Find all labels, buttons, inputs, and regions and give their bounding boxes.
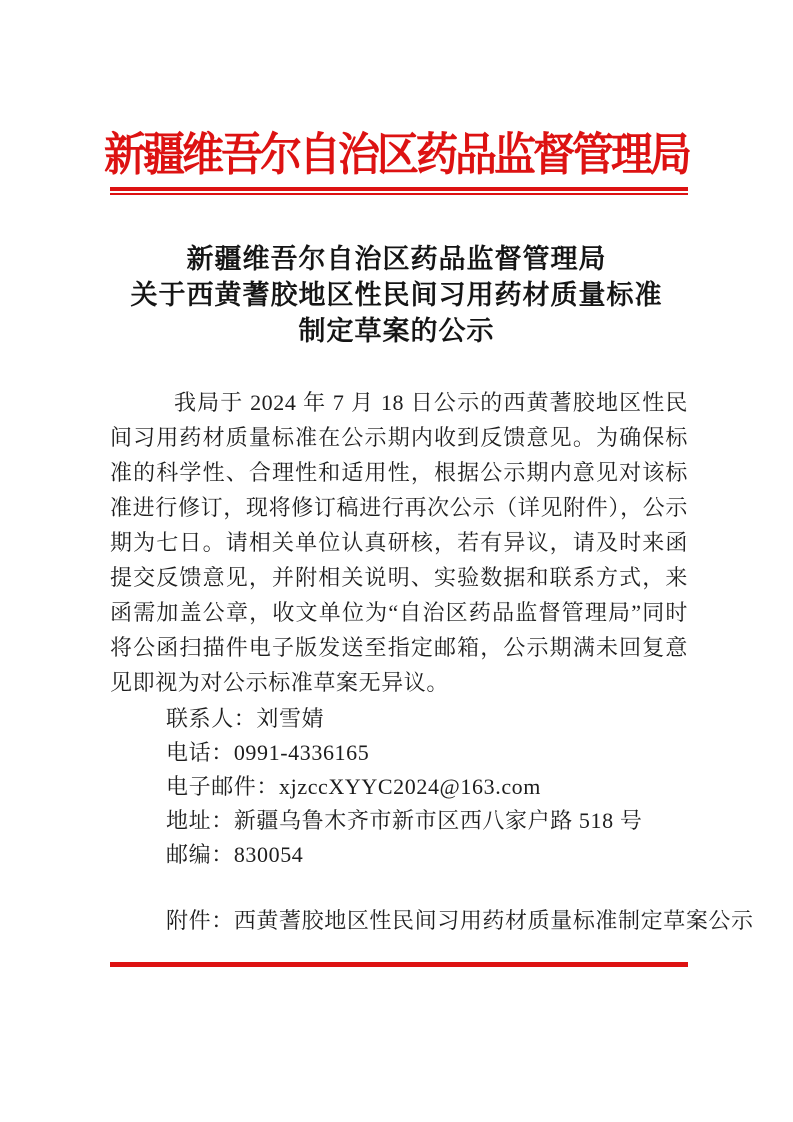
contact-line-email: 电子邮件：xjzccXYYC2024@163.com bbox=[110, 770, 688, 804]
title-line-3: 制定草案的公示 bbox=[0, 313, 793, 349]
contact-postcode-label: 邮编： bbox=[166, 842, 234, 867]
letterhead-rule-thin bbox=[110, 193, 688, 195]
contact-email-label: 电子邮件： bbox=[166, 774, 279, 799]
letterhead-rule-thick bbox=[110, 187, 688, 191]
document-title: 新疆维吾尔自治区药品监督管理局 关于西黄蓍胶地区性民间习用药材质量标准 制定草案… bbox=[0, 241, 793, 349]
contact-line-address: 地址：新疆乌鲁木齐市新市区西八家户路 518 号 bbox=[110, 804, 688, 838]
document-body: 我局于 2024 年 7 月 18 日公示的西黄蓍胶地区性民间习用药材质量标准在… bbox=[110, 385, 688, 938]
contact-phone-value: 0991-4336165 bbox=[234, 740, 370, 765]
contact-address-value: 新疆乌鲁木齐市新市区西八家户路 518 号 bbox=[234, 808, 643, 833]
contact-phone-label: 电话： bbox=[166, 740, 234, 765]
document-page: 新疆维吾尔自治区药品监督管理局 新疆维吾尔自治区药品监督管理局 关于西黄蓍胶地区… bbox=[0, 0, 793, 1122]
attachment-label: 附件： bbox=[166, 908, 234, 933]
title-line-1: 新疆维吾尔自治区药品监督管理局 bbox=[0, 241, 793, 277]
contact-line-person: 联系人：刘雪婧 bbox=[110, 702, 688, 736]
contact-address-label: 地址： bbox=[166, 808, 234, 833]
attachment-value: 西黄蓍胶地区性民间习用药材质量标准制定草案公示 bbox=[234, 908, 754, 933]
contact-email-value: xjzccXYYC2024@163.com bbox=[279, 774, 541, 799]
agency-name-title: 新疆维吾尔自治区药品监督管理局 bbox=[0, 130, 793, 182]
letterhead: 新疆维吾尔自治区药品监督管理局 bbox=[0, 0, 793, 195]
attachment-line: 附件：西黄蓍胶地区性民间习用药材质量标准制定草案公示 bbox=[110, 904, 688, 938]
contact-list: 联系人：刘雪婧 电话：0991-4336165 电子邮件：xjzccXYYC20… bbox=[110, 702, 688, 872]
contact-person-label: 联系人： bbox=[166, 706, 256, 731]
contact-postcode-value: 830054 bbox=[234, 842, 304, 867]
letterhead-double-rule bbox=[110, 187, 688, 195]
contact-line-postcode: 邮编：830054 bbox=[110, 838, 688, 872]
contact-line-phone: 电话：0991-4336165 bbox=[110, 736, 688, 770]
footer-rule bbox=[110, 962, 688, 967]
title-line-2: 关于西黄蓍胶地区性民间习用药材质量标准 bbox=[0, 277, 793, 313]
body-paragraph: 我局于 2024 年 7 月 18 日公示的西黄蓍胶地区性民间习用药材质量标准在… bbox=[110, 385, 688, 700]
contact-person-value: 刘雪婧 bbox=[256, 706, 324, 731]
